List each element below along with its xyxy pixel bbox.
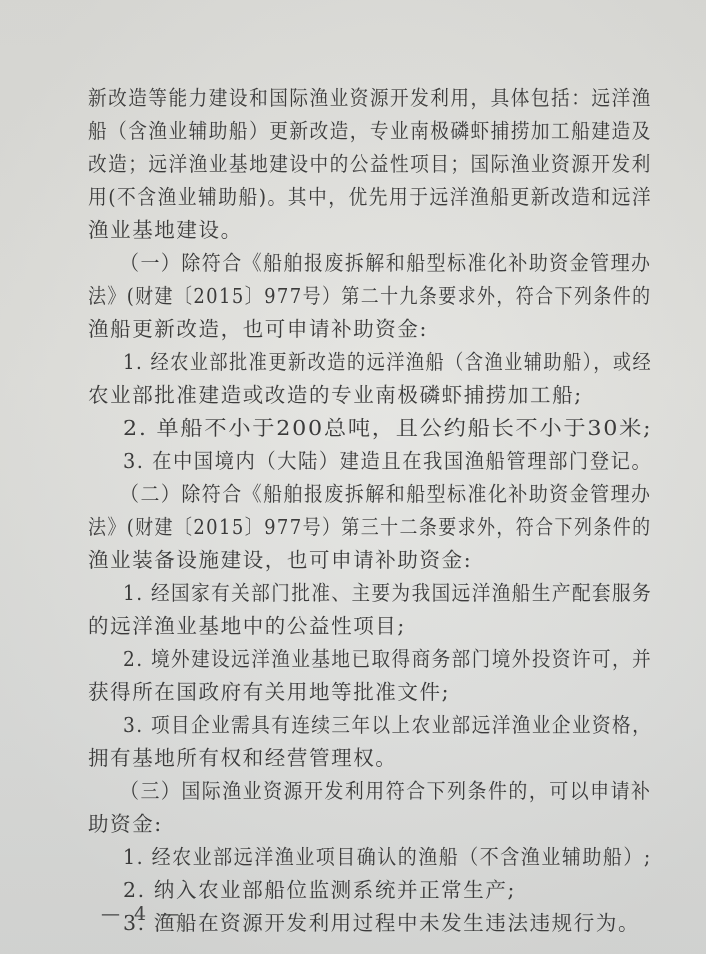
text-line: 3. 项目企业需具有连续三年以上农业部远洋渔业企业资格， xyxy=(123,711,652,739)
text-line: 3. 在中国境内（大陆）建造且在我国渔船管理部门登记。 xyxy=(123,447,652,475)
text-line: 的远洋渔业基地中的公益性项目; xyxy=(88,612,406,640)
text-line: 渔业装备设施建设，也可申请补助资金: xyxy=(88,546,472,574)
text-line: （一）除符合《船舶报废拆解和船型标准化补助资金管理办 xyxy=(120,249,652,277)
text-line: 2. 境外建设远洋渔业基地已取得商务部门境外投资许可，并 xyxy=(123,645,652,673)
document-page: 新改造等能力建设和国际渔业资源开发利用，具体包括：远洋渔船（含渔业辅助船）更新改… xyxy=(0,0,706,954)
text-line: 1. 经农业部远洋渔业项目确认的渔船（不含渔业辅助船）; xyxy=(123,843,652,871)
text-line: 助资金: xyxy=(88,810,163,838)
page-number: — 4 — xyxy=(101,902,183,926)
text-line: 获得所在国政府有关用地等批准文件; xyxy=(88,678,450,706)
text-line: 船（含渔业辅助船）更新改造，专业南极磷虾捕捞加工船建造及 xyxy=(88,117,652,145)
text-line: 2. 纳入农业部船位监测系统并正常生产; xyxy=(123,876,516,904)
text-line: 拥有基地所有权和经营管理权。 xyxy=(88,744,397,772)
text-line: 1. 经国家有关部门批准、主要为我国远洋渔船生产配套服务 xyxy=(123,579,652,607)
text-line: 新改造等能力建设和国际渔业资源开发利用，具体包括：远洋渔 xyxy=(88,84,652,112)
text-line: 用(不含渔业辅助船)。其中，优先用于远洋渔船更新改造和远洋 xyxy=(88,183,652,211)
text-line: 法》(财建〔2015〕977号）第三十二条要求外，符合下列条件的 xyxy=(88,513,651,541)
text-line: （二）除符合《船舶报废拆解和船型标准化补助资金管理办 xyxy=(120,480,652,508)
text-line: 渔船更新改造，也可申请补助资金: xyxy=(88,315,428,343)
text-line: 1. 经农业部批准更新改造的远洋渔船（含渔业辅助船），或经 xyxy=(123,348,652,376)
text-line: 法》(财建〔2015〕977号）第二十九条要求外，符合下列条件的 xyxy=(88,282,651,310)
text-line: （三）国际渔业资源开发利用符合下列条件的，可以申请补 xyxy=(120,777,652,805)
text-line: 渔业基地建设。 xyxy=(88,216,243,244)
text-line: 3. 渔船在资源开发利用过程中未发生违法违规行为。 xyxy=(123,909,640,937)
text-line: 2. 单船不小于200总吨，且公约船长不小于30米; xyxy=(123,414,652,442)
text-line: 改造；远洋渔业基地建设中的公益性项目；国际渔业资源开发利 xyxy=(88,150,652,178)
text-line: 农业部批准建造或改造的专业南极磷虾捕捞加工船; xyxy=(88,381,583,409)
